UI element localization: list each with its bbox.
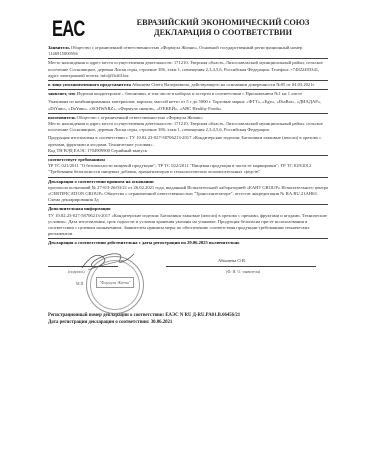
signature-caption: (подпись) [68,269,85,274]
manufacturer-text: Общество с ограниченной ответственностью… [77,115,203,120]
title-line-2: ДЕКЛАРАЦИЯ О СООТВЕТСТВИИ [118,28,328,38]
manufacturer-label: изготовитель [48,115,76,120]
document-title: ЕВРАЗИЙСКИЙ ЭКОНОМИЧЕСКИЙ СОЮЗ ДЕКЛАРАЦИ… [118,18,328,38]
production-section: Продукция изготовлена в соответствии с Т… [48,134,328,156]
registration-section: Регистрационный номер декларации о соотв… [48,312,328,326]
signature-area: "Формула Жизни" (подпись) М.П. Абышева О… [48,248,328,310]
signature-line [48,266,118,267]
manufacturer-section: изготовитель Общество с ограниченной отв… [48,114,328,135]
validity-text: Декларация о соответствии действительна … [48,240,239,245]
declares-section: заявляет, что Изделия кондитерские – бат… [48,90,328,98]
representative-label: в лице уполномоченного представителя [48,82,131,87]
applicant-text: Общество с ограниченной ответственностью… [48,45,302,56]
stamp-text: "Формула Жизни" [96,277,134,288]
product-text: Упакована из комбинированных материалов,… [48,99,321,110]
basis-section: Декларация о соответствии принята на осн… [48,178,328,206]
name-caption: (Ф. И. О. заявителя) [226,269,260,274]
additional-section: Дополнительная информация ТУ 10.82.23-02… [48,205,328,239]
registration-number: Регистрационный номер декларации о соотв… [48,312,328,319]
document-header: EAC ЕВРАЗИЙСКИЙ ЭКОНОМИЧЕСКИЙ СОЮЗ ДЕКЛА… [48,10,328,44]
manufacturer-address: Место нахождения и адрес места осуществл… [48,121,328,133]
location-text: Место нахождения и адрес места осуществл… [48,60,323,77]
product-section: Упакована из комбинированных материалов,… [48,98,328,113]
applicant-label: Заявитель [48,45,70,50]
declaration-document: EAC ЕВРАЗИЙСКИЙ ЭКОНОМИЧЕСКИЙ СОЮЗ ДЕКЛА… [48,10,328,326]
basis-label: Декларация о соответствии принята на осн… [48,179,154,184]
basis-text: протокола испытаний № 27-8/3-26/03/21 от… [48,185,328,204]
declares-text: Изделия кондитерские – батончики, в том … [77,91,302,96]
name-line [166,266,316,267]
eac-logo: EAC [52,16,85,42]
applicant-section: Заявитель Общество с ограниченной ответс… [48,44,328,59]
signature-icon [78,248,138,274]
representative-section: в лице уполномоченного представителя Абы… [48,81,328,90]
validity-section: Декларация о соответствии действительна … [48,239,328,247]
title-line-1: ЕВРАЗИЙСКИЙ ЭКОНОМИЧЕСКИЙ СОЮЗ [118,18,328,28]
conformity-section: соответствует требованиям ТР ТС 021/2011… [48,156,328,178]
production-text: Продукция изготовлена в соответствии с Т… [48,135,328,147]
mp-label: М.П. [76,281,84,286]
location-section: Место нахождения и адрес места осуществл… [48,59,328,81]
conformity-label: соответствует требованиям [48,157,105,162]
additional-text: ТУ 10.82.23-027-58706213-2017 «Кондитерс… [48,213,328,238]
declares-label: заявляет, что [48,91,75,96]
representative-text: Абышева Олега Валерьевича, действующего … [132,82,314,87]
additional-label: Дополнительная информация [48,206,111,211]
registration-date: Дата регистрации декларации о соответств… [48,319,328,326]
conformity-text: ТР ТС 021/2011 "О безопасности пищевой п… [48,163,328,175]
signer-name: Абышева О.В. [218,258,246,263]
production-code: Код ТН ВЭД ЕАЭС 1704909900 Серийный выпу… [48,148,328,154]
